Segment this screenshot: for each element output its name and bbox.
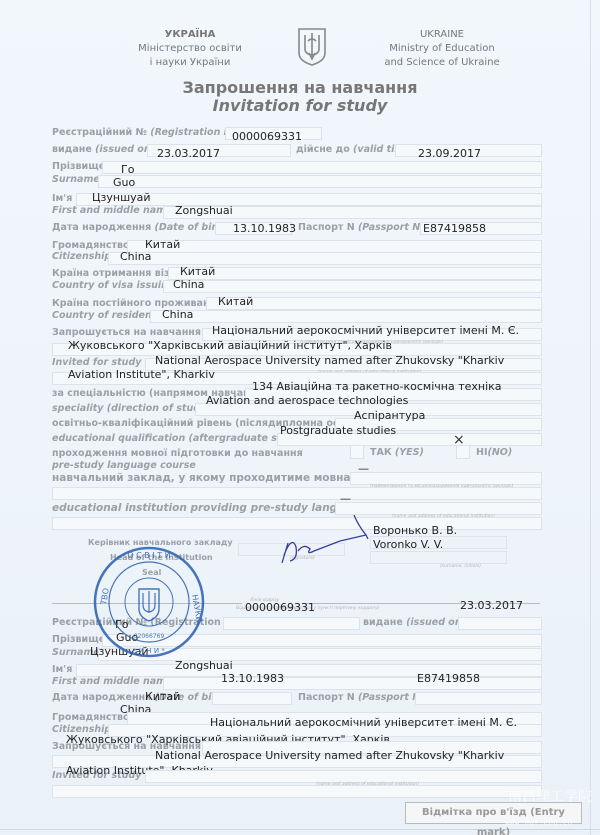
trident-coat-of-arms-icon bbox=[297, 27, 327, 67]
dob-label: Дата народження (Date of birth) bbox=[52, 222, 232, 233]
residence-en-box bbox=[150, 310, 542, 323]
invited-value-uk-2: Жуковського "Харківський авіаційний інст… bbox=[68, 339, 392, 352]
title-english: Invitation for study bbox=[0, 96, 600, 115]
speciality-value-en: Aviation and aerospace technologies bbox=[206, 394, 408, 407]
invited-label-en: Invited for study at bbox=[52, 357, 156, 368]
surname-label-uk: Прізвище bbox=[52, 161, 105, 172]
issued-value: 23.03.2017 bbox=[157, 147, 220, 160]
surname-uk-box bbox=[102, 161, 542, 174]
invited-value-uk-1: Національний аерокосмічний університет і… bbox=[212, 324, 519, 337]
stub-name-value-en: Zongshuai bbox=[175, 659, 233, 672]
residence-value-uk: Китай bbox=[218, 295, 253, 308]
visa-country-en-box bbox=[163, 280, 542, 293]
watermark-chinese: 南昌理工学院 bbox=[508, 786, 592, 806]
qualification-label-en: educational qualification (aftergraduate… bbox=[52, 433, 306, 444]
stub-passport-label: Паспорт N (Passport No) bbox=[298, 692, 431, 703]
stub-dob-value: 13.10.1983 bbox=[221, 672, 284, 685]
stub-invited-value-uk-1: Національний аерокосмічний університет і… bbox=[210, 716, 517, 729]
stub-registration-value: 0000069331 bbox=[245, 601, 315, 614]
svg-text:О С В І Т И: О С В І Т И bbox=[127, 551, 170, 560]
name-value-uk: Цзуншуай bbox=[92, 191, 151, 204]
visa-country-label-uk: Країна отримання візи bbox=[52, 268, 176, 279]
header-left: УКРАЇНА Міністерство освіти і науки Укра… bbox=[130, 28, 250, 70]
residence-label-uk: Країна постійного проживання bbox=[52, 298, 222, 309]
passport-value: E87419858 bbox=[423, 222, 486, 235]
citizenship-label-en: Citizenship bbox=[52, 251, 111, 262]
visa-country-value-en: China bbox=[173, 278, 204, 291]
registration-label: Реєстраційний № (Registration No) bbox=[52, 127, 242, 138]
head-name-box-2 bbox=[370, 551, 507, 564]
stub-name-label-uk: Ім'я bbox=[52, 664, 72, 675]
watermark-url: www.nut.edu.cn bbox=[505, 818, 572, 827]
invited-value-en-1: National Aerospace University named afte… bbox=[155, 354, 504, 367]
svg-text:02066769: 02066769 bbox=[134, 633, 165, 640]
no-label: НІ(NO) bbox=[476, 447, 512, 458]
header-left-ministry-2: і науки України bbox=[130, 56, 250, 70]
page-edge bbox=[590, 0, 591, 835]
name-label-en: First and middle names bbox=[52, 205, 178, 216]
language-label-en: pre-study language course bbox=[52, 460, 196, 471]
residence-value-en: China bbox=[162, 308, 193, 321]
name-value-en: Zongshuai bbox=[175, 204, 233, 217]
stub-citizenship-label-uk: Громадянство bbox=[52, 712, 130, 723]
invited-label-uk: Запрошується на навчання до bbox=[52, 327, 218, 338]
header-right-ministry-1: Ministry of Education bbox=[372, 42, 512, 56]
issued-label: видане (issued on) bbox=[52, 144, 155, 155]
no-checked-mark-icon: × bbox=[453, 432, 465, 448]
invitation-document: УКРАЇНА Міністерство освіти і науки Укра… bbox=[0, 0, 600, 835]
svg-text:* И Н И *: * И Н И * bbox=[133, 647, 165, 655]
passport-label: Паспорт N (Passport No) bbox=[298, 222, 431, 233]
qualification-value-uk: Аспірантура bbox=[354, 409, 425, 422]
lang-inst-value-en: — bbox=[340, 492, 351, 505]
header-left-ministry-1: Міністерство освіти bbox=[130, 42, 250, 56]
registration-value: 0000069331 bbox=[232, 130, 302, 143]
yes-checkbox[interactable] bbox=[350, 445, 364, 459]
residence-label-en: Country of residence bbox=[52, 310, 164, 321]
header-right: UKRAINE Ministry of Education and Scienc… bbox=[372, 28, 512, 70]
stub-passport-value: E87419858 bbox=[417, 672, 480, 685]
stub-name-label-en: First and middle names bbox=[52, 676, 178, 687]
stub-citizenship-value-uk: Китай bbox=[145, 690, 180, 703]
surname-en-box bbox=[98, 175, 542, 188]
invited-value-en-2: Aviation Institute", Kharkiv bbox=[68, 368, 215, 381]
residence-uk-box bbox=[206, 297, 542, 310]
visa-country-value-uk: Китай bbox=[180, 265, 215, 278]
stub-registration-box bbox=[223, 617, 360, 630]
header-right-country: UKRAINE bbox=[372, 28, 512, 42]
citizenship-value-en: China bbox=[120, 250, 151, 263]
stub-name-en-box bbox=[163, 677, 542, 690]
name-label-uk: Ім'я bbox=[52, 193, 72, 204]
lang-inst-value-uk: — bbox=[358, 462, 369, 475]
head-name-en: Voronko V. V. bbox=[373, 538, 443, 551]
title-ukrainian: Запрошення на навчання bbox=[0, 78, 600, 97]
header-right-ministry-2: and Science of Ukraine bbox=[372, 56, 512, 70]
stub-issued-box bbox=[458, 617, 542, 630]
head-name-caption: (surname, initials) bbox=[440, 564, 481, 569]
stub-dob-label: Дата народження (Date of birth) bbox=[52, 692, 232, 703]
stub-issued-value: 23.03.2017 bbox=[460, 599, 523, 612]
yes-label: ТАК (YES) bbox=[370, 447, 424, 458]
lang-inst-uk-box-2 bbox=[52, 487, 542, 500]
surname-value-en: Guo bbox=[113, 176, 135, 189]
valid-value: 23.09.2017 bbox=[418, 147, 481, 160]
stub-passport-box bbox=[415, 692, 542, 705]
stub-issued-label: видане (issued on) bbox=[363, 617, 466, 628]
visa-country-uk-box bbox=[168, 267, 542, 280]
visa-country-label-en: Country of visa issuing bbox=[52, 280, 175, 291]
stub-invited-en-box-2 bbox=[52, 785, 542, 798]
signature-icon bbox=[270, 515, 380, 570]
qualification-value-en: Postgraduate studies bbox=[280, 424, 396, 437]
valid-label: дійсне до (valid till) bbox=[296, 144, 405, 155]
university-seal-stamp-icon: О С В І Т И ТВО НАУКИ 02066769 * И Н И * bbox=[92, 545, 207, 660]
language-label-uk: проходження мовної підготовки до навчанн… bbox=[52, 448, 303, 459]
header-left-country: УКРАЇНА bbox=[130, 28, 250, 42]
citizenship-en-box bbox=[108, 252, 542, 265]
stub-invited-value-en-1: National Aerospace University named afte… bbox=[155, 749, 504, 762]
dob-value: 13.10.1983 bbox=[233, 222, 296, 235]
surname-label-en: Surname bbox=[52, 174, 100, 185]
stub-dob-box bbox=[212, 692, 292, 705]
speciality-value-uk: 134 Авіаційна та ракетно-космічна технік… bbox=[252, 380, 502, 393]
citizenship-label-uk: Громадянство bbox=[52, 240, 130, 251]
